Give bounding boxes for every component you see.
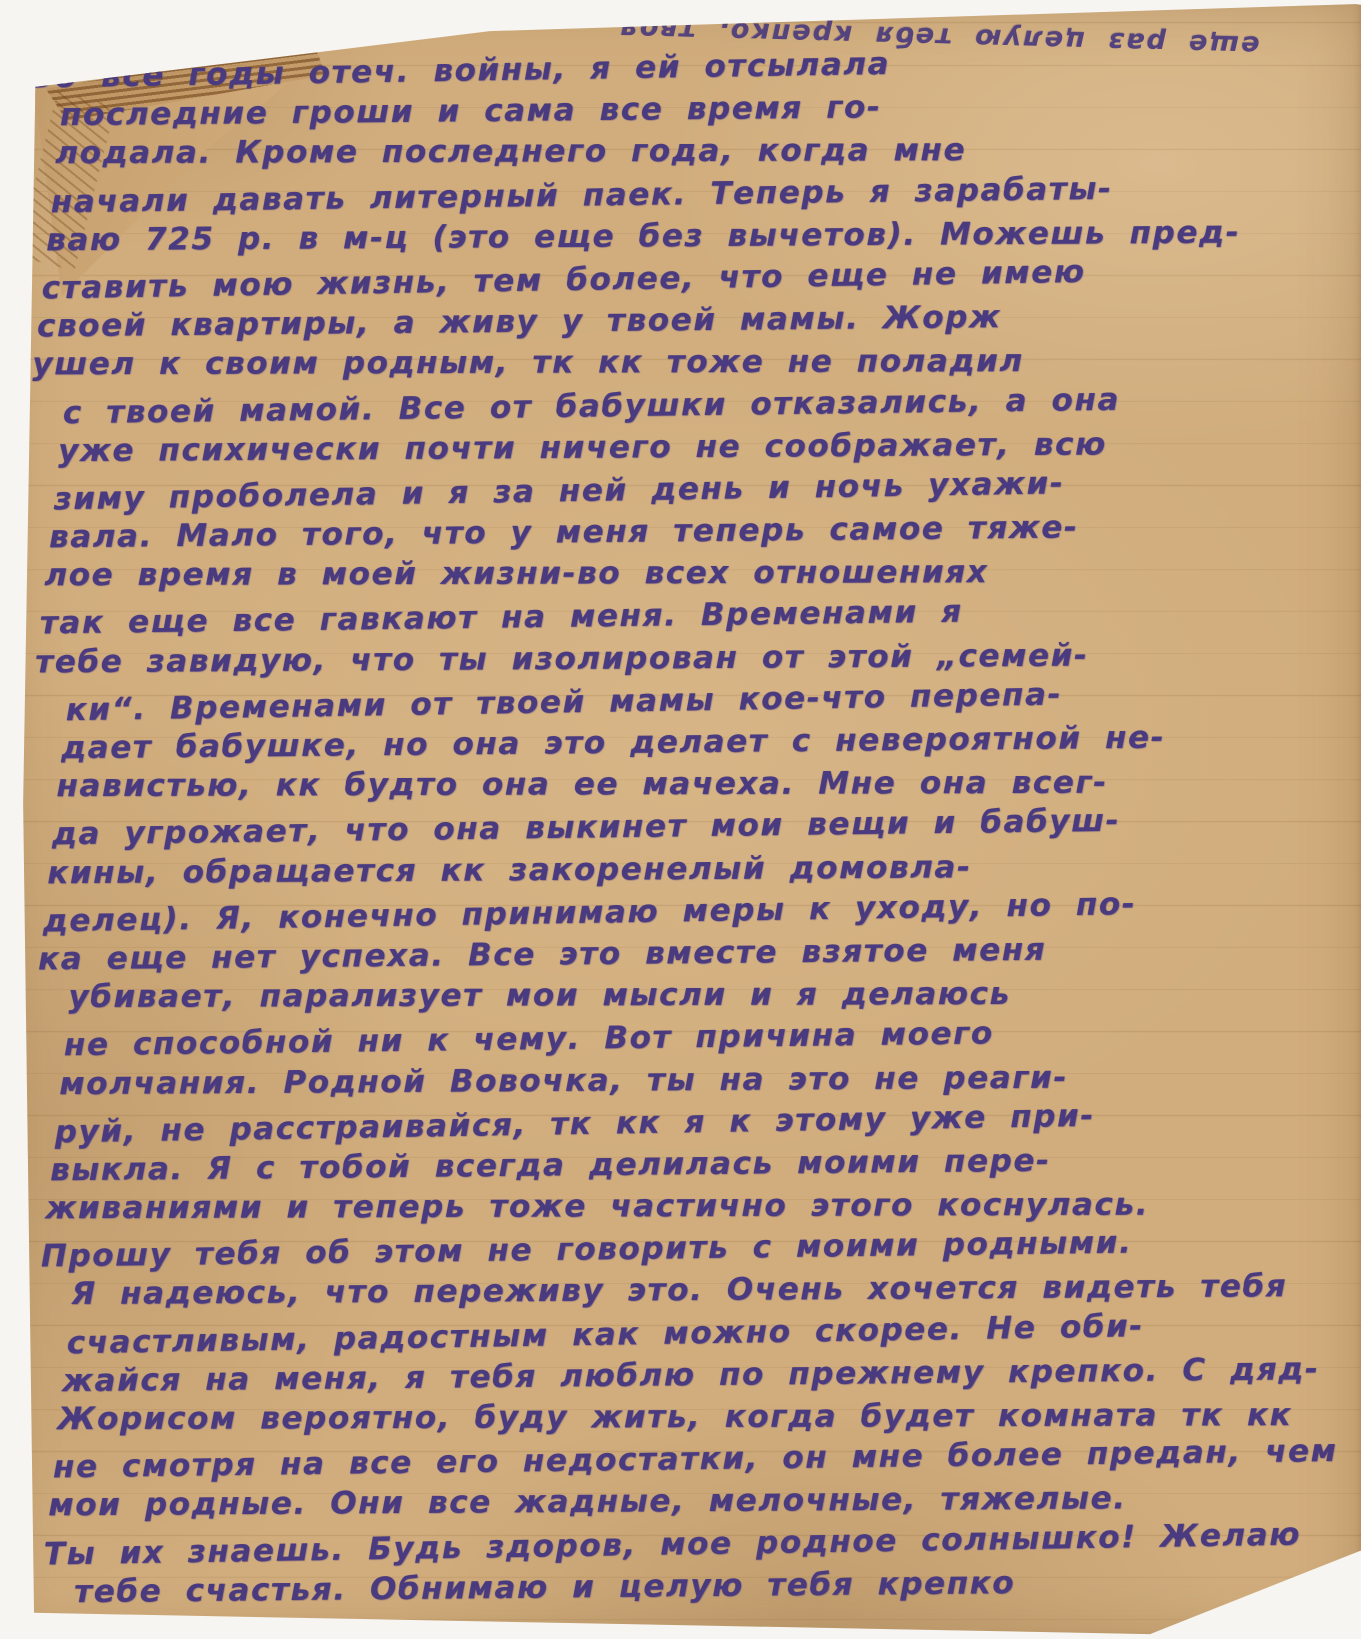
letter-line: живаниями и теперь тоже частично этого к…: [45, 1183, 1348, 1230]
letter-line: ки“. Временами от твоей мамы кое-что пер…: [65, 668, 1361, 731]
letter-line: начали давать литерный паек. Теперь я за…: [51, 164, 1354, 223]
letter-line: мои родные. Они все жадные, мелочные, тя…: [48, 1476, 1351, 1527]
letter-line: своей квартиры, а живу у твоей мамы. Жор…: [37, 293, 1340, 348]
letter-paper: еще раз целую тебя крепко, твоя Во все г…: [0, 0, 1361, 1639]
letter-line: последние гроши и сама все время го-: [60, 82, 1361, 137]
inverted-margin-note: еще раз целую тебя крепко, твоя: [429, 0, 1260, 61]
letter-line: кины, обращается кк закоренелый домовла-: [47, 843, 1350, 894]
tape-residue-mark: [44, 43, 328, 123]
letter-line: счастливым, радостным как можно скорее. …: [66, 1301, 1361, 1364]
letter-line: Прошу тебя об этом не говорить с моими р…: [41, 1219, 1344, 1278]
letter-line: Жорисом вероятно, буду жить, когда будет…: [57, 1394, 1360, 1441]
folded-corner: [34, 56, 344, 306]
letter-line: ка еще нет успеха. Все это вместе взятое…: [38, 926, 1341, 981]
letter-line: вала. Мало того, что у меня теперь самое…: [49, 504, 1352, 559]
letter-line: с твоей мамой. Все от бабушки отказались…: [63, 375, 1361, 434]
tape-residue-mark-vertical: [16, 91, 115, 270]
letter-line: Во все годы отеч. войны, я ей отсылала: [29, 36, 1333, 99]
letter-body: Во все годы отеч. войны, я ей отсылалапо…: [44, 40, 1361, 1639]
letter-line: тебе завидую, что ты изолирован от этой …: [35, 633, 1338, 684]
letter-line: навистью, кк будто она ее мачеха. Мне он…: [56, 761, 1359, 808]
letter-line: лодала. Кроме последнего года, когда мне: [55, 128, 1358, 175]
letter-line: убивает, парализует мои мысли и я делаюс…: [68, 972, 1361, 1019]
letter-line: так еще все гавкают на меня. Временами я: [40, 586, 1343, 645]
letter-line: не смотря на все его недостатки, он мне …: [53, 1430, 1356, 1489]
letter-line: ставить мою жизнь, тем более, что еще не…: [41, 247, 1345, 310]
letter-line: Ты их знаешь. Будь здоров, мое родное со…: [43, 1512, 1347, 1575]
letter-line: жайся на меня, я тебя люблю по прежнему …: [62, 1347, 1361, 1402]
letter-line: зиму проболела и я за ней день и ночь ух…: [53, 457, 1357, 520]
letter-line: выкла. Я с тобой всегда делилась моими п…: [50, 1137, 1353, 1192]
letter-line: тебе счастья. Обнимаю и целую тебя крепк…: [74, 1558, 1361, 1613]
letter-line: делец). Я, конечно принимаю меры к уходу…: [42, 879, 1346, 942]
letter-line: уже психически почти ничего не соображае…: [58, 421, 1361, 472]
letter-line: лое время в моей жизни-во всех отношения…: [44, 550, 1347, 597]
letter-line: молчания. Родной Вовочка, ты на это не р…: [59, 1054, 1361, 1105]
letter-line: да угрожает, что она выкинет мои вещи и …: [52, 797, 1355, 856]
letter-line: не способной ни к чему. Вот причина моег…: [64, 1008, 1361, 1067]
letter-line: ваю 725 р. в м-ц (это еще без вычетов). …: [46, 211, 1349, 262]
letter-line: ушел к своим родным, тк кк тоже не полад…: [32, 339, 1335, 386]
letter-line: Я надеюсь, что переживу это. Очень хочет…: [71, 1265, 1361, 1316]
scanned-letter-page: { "page": { "background": "#f6f5f1" }, "…: [0, 0, 1361, 1639]
letter-line: дает бабушке, но она это делает с неверо…: [61, 715, 1361, 770]
letter-line: руй, не расстраивайся, тк кк я к этому у…: [54, 1090, 1358, 1153]
